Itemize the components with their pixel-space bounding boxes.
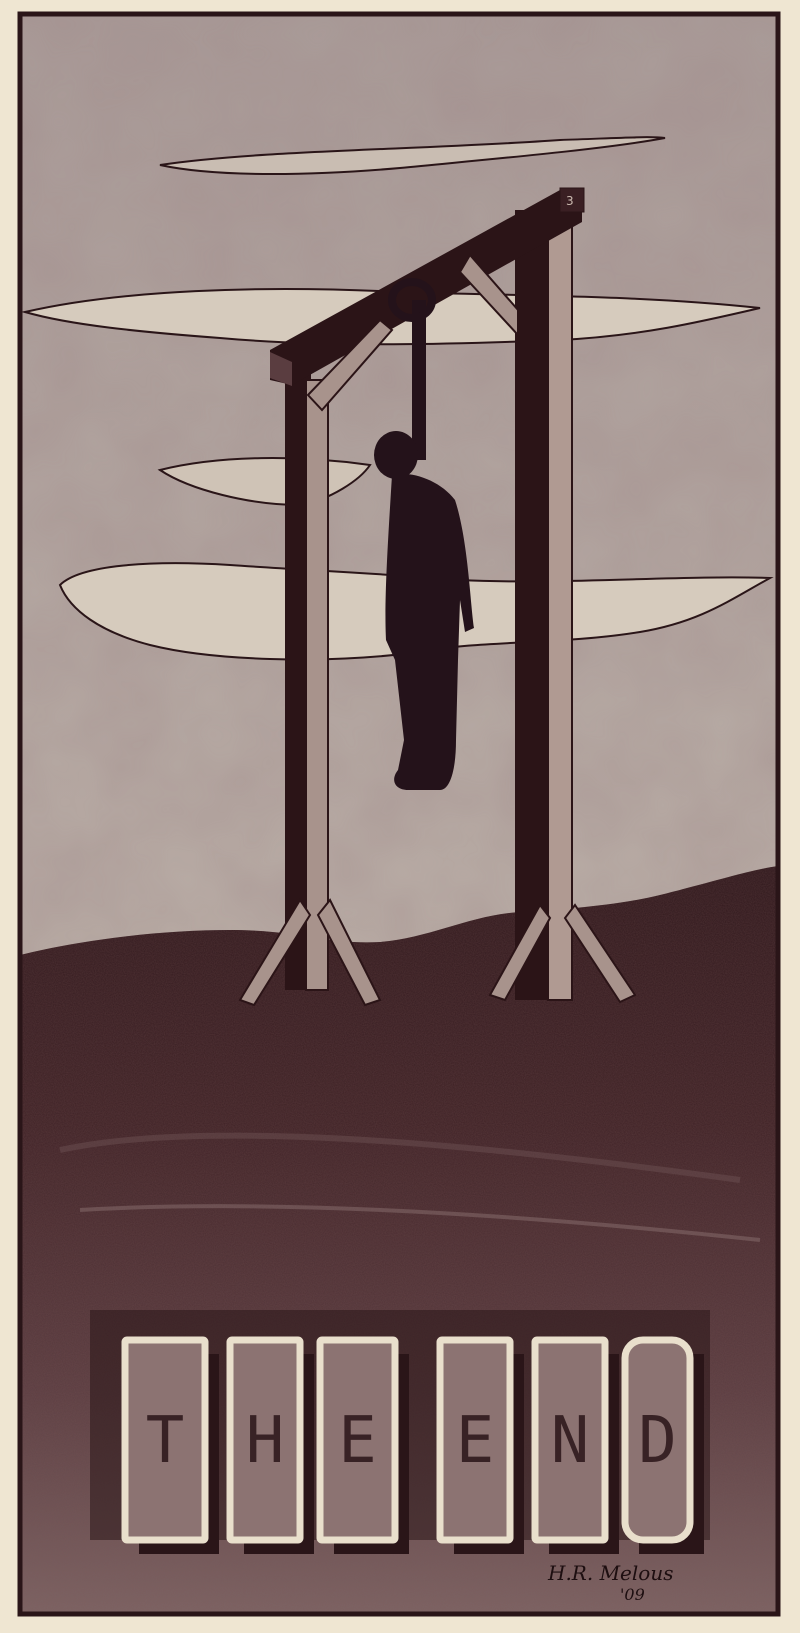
title-letter-glyph: D <box>638 1404 677 1478</box>
title-letter-glyph: N <box>551 1404 590 1478</box>
signature-name: H.R. Melous <box>547 1561 673 1585</box>
signature-year: '09 <box>620 1585 645 1604</box>
beam-mark: 3 <box>566 194 574 208</box>
the-end-title: THEEND <box>90 1310 710 1554</box>
illustration-canvas: 3 THEEND H.R. Melous '09 <box>0 0 800 1633</box>
title-letter-glyph: T <box>146 1404 185 1478</box>
title-letter-glyph: E <box>338 1404 377 1478</box>
title-letter-glyph: H <box>246 1404 285 1478</box>
title-letter-glyph: E <box>456 1404 495 1478</box>
